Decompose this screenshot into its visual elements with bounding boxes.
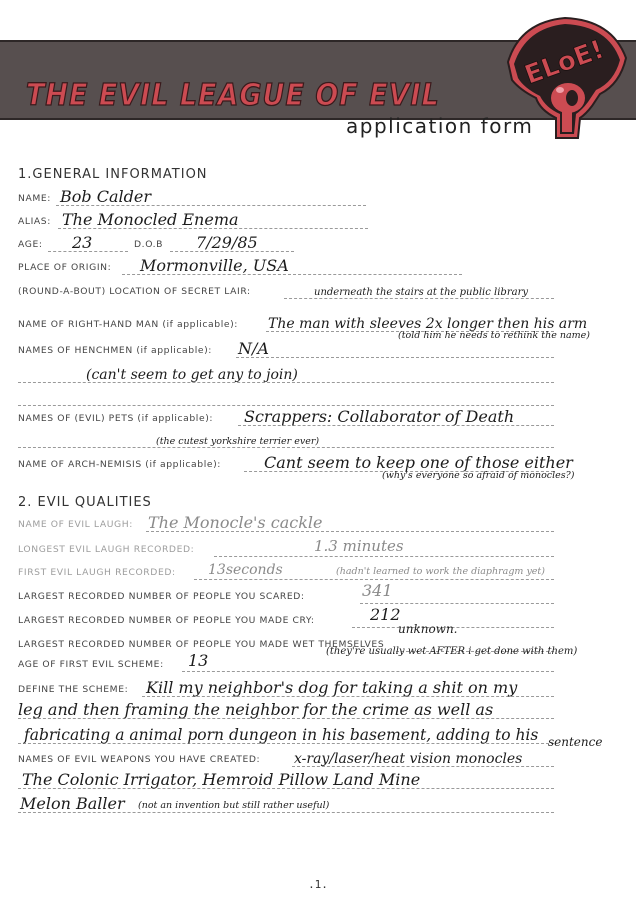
scheme-line-2-text: leg and then framing the neighbor for th… bbox=[18, 700, 493, 719]
pets-line-2[interactable]: (the cutest yorkshire terrier ever) bbox=[18, 428, 558, 448]
first-laugh-field[interactable]: FIRST EVIL LAUGH RECORDED: 13seconds (ha… bbox=[18, 560, 558, 580]
weapons-field[interactable]: NAMES OF EVIL WEAPONS YOU HAVE CREATED: … bbox=[18, 747, 558, 767]
alias-label: ALIAS: bbox=[18, 216, 51, 227]
scared-value: 341 bbox=[362, 581, 393, 600]
longest-laugh-line bbox=[214, 556, 554, 557]
weapons-line-2[interactable]: The Colonic Irrigator, Hemroid Pillow La… bbox=[18, 769, 558, 789]
age-first-scheme-line bbox=[182, 671, 554, 672]
name-value: Bob Calder bbox=[60, 187, 151, 206]
scheme-line-2[interactable]: leg and then framing the neighbor for th… bbox=[18, 699, 558, 719]
henchmen-line bbox=[236, 357, 554, 358]
alias-field[interactable]: ALIAS: The Monocled Enema bbox=[18, 209, 368, 229]
weapons-line-3[interactable]: Melon Baller (not an invention but still… bbox=[18, 793, 558, 813]
skull-badge-icon: ELoE! bbox=[500, 14, 630, 142]
pets-label: NAMES OF (EVIL) PETS (if applicable): bbox=[18, 413, 213, 424]
weapons-note: (not an invention but still rather usefu… bbox=[138, 800, 329, 811]
scared-field[interactable]: LARGEST RECORDED NUMBER OF PEOPLE YOU SC… bbox=[18, 584, 558, 604]
right-hand-man-field[interactable]: NAME OF RIGHT-HAND MAN (if applicable): … bbox=[18, 312, 558, 332]
weapons-line-1-text: x-ray/laser/heat vision monocles bbox=[294, 751, 522, 767]
lair-line bbox=[284, 298, 554, 299]
evil-laugh-field[interactable]: NAME OF EVIL LAUGH: The Monocle's cackle bbox=[18, 512, 558, 532]
henchmen-line-3[interactable] bbox=[18, 386, 558, 406]
scheme-line-3-text: fabricating a animal porn dungeon in his… bbox=[24, 726, 538, 744]
scheme-line-1-text: Kill my neighbor's dog for taking a shit… bbox=[146, 678, 517, 697]
cry-value: 212 bbox=[370, 605, 401, 624]
origin-label: PLACE OF ORIGIN: bbox=[18, 262, 111, 273]
alias-value: The Monocled Enema bbox=[62, 210, 239, 229]
scared-label: LARGEST RECORDED NUMBER OF PEOPLE YOU SC… bbox=[18, 591, 305, 602]
longest-laugh-label: LONGEST EVIL LAUGH RECORDED: bbox=[18, 544, 194, 555]
first-laugh-label: FIRST EVIL LAUGH RECORDED: bbox=[18, 567, 176, 578]
age-dob-field[interactable]: AGE: 23 D.O.B 7/29/85 bbox=[18, 232, 298, 252]
lair-label: (ROUND-A-BOUT) LOCATION OF SECRET LAIR: bbox=[18, 286, 251, 297]
origin-value: Mormonville, USA bbox=[140, 256, 289, 275]
name-label: NAME: bbox=[18, 193, 51, 204]
evil-laugh-value: The Monocle's cackle bbox=[148, 513, 322, 532]
dob-label: D.O.B bbox=[134, 239, 163, 250]
henchmen-line-2[interactable]: (can't seem to get any to join) bbox=[18, 363, 558, 383]
scheme-field[interactable]: DEFINE THE SCHEME: Kill my neighbor's do… bbox=[18, 677, 558, 697]
name-field[interactable]: NAME: Bob Calder bbox=[18, 186, 368, 206]
pets-field[interactable]: NAMES OF (EVIL) PETS (if applicable): Sc… bbox=[18, 406, 558, 426]
arch-nemesis-label: NAME OF ARCH-NEMISIS (if applicable): bbox=[18, 459, 221, 470]
age-first-scheme-field[interactable]: AGE OF FIRST EVIL SCHEME: 13 bbox=[18, 652, 558, 672]
dob-value: 7/29/85 bbox=[196, 233, 258, 252]
henchmen-value: N/A bbox=[238, 339, 269, 358]
first-laugh-line bbox=[194, 579, 554, 580]
age-label: AGE: bbox=[18, 239, 43, 250]
league-title: THE EVIL LEAGUE OF EVIL bbox=[26, 78, 440, 113]
evil-laugh-label: NAME OF EVIL LAUGH: bbox=[18, 519, 133, 530]
henchmen-label: NAMES OF HENCHMEN (if applicable): bbox=[18, 345, 212, 356]
longest-laugh-value: 1.3 minutes bbox=[314, 537, 404, 555]
henchmen-field[interactable]: NAMES OF HENCHMEN (if applicable): N/A bbox=[18, 338, 558, 358]
section-general-heading: 1.GENERAL INFORMATION bbox=[18, 167, 208, 182]
right-hand-man-label: NAME OF RIGHT-HAND MAN (if applicable): bbox=[18, 319, 238, 330]
age-value: 23 bbox=[72, 233, 92, 252]
arch-nemesis-field[interactable]: NAME OF ARCH-NEMISIS (if applicable): Ca… bbox=[18, 452, 618, 472]
weapons-line-3-text: Melon Baller bbox=[20, 794, 125, 813]
henchmen-note: (can't seem to get any to join) bbox=[86, 367, 298, 383]
cry-label: LARGEST RECORDED NUMBER OF PEOPLE YOU MA… bbox=[18, 615, 315, 626]
scheme-line-3[interactable]: fabricating a animal porn dungeon in his… bbox=[18, 724, 558, 744]
lair-field[interactable]: (ROUND-A-BOUT) LOCATION OF SECRET LAIR: … bbox=[18, 279, 558, 299]
weapons-label: NAMES OF EVIL WEAPONS YOU HAVE CREATED: bbox=[18, 754, 260, 765]
first-laugh-note: (hadn't learned to work the diaphragm ye… bbox=[336, 566, 545, 577]
age-first-scheme-label: AGE OF FIRST EVIL SCHEME: bbox=[18, 659, 164, 670]
cry-field[interactable]: LARGEST RECORDED NUMBER OF PEOPLE YOU MA… bbox=[18, 608, 558, 628]
pets-note: (the cutest yorkshire terrier ever) bbox=[156, 436, 319, 447]
lair-value: underneath the stairs at the public libr… bbox=[314, 287, 528, 298]
weapons-line-2-text: The Colonic Irrigator, Hemroid Pillow La… bbox=[22, 770, 420, 789]
pets-value: Scrappers: Collaborator of Death bbox=[244, 407, 514, 426]
page-number: .1. bbox=[0, 878, 636, 891]
arch-nemesis-note: (why's everyone so afraid of monocles?) bbox=[382, 470, 574, 481]
longest-laugh-field[interactable]: LONGEST EVIL LAUGH RECORDED: 1.3 minutes bbox=[18, 537, 558, 557]
pets-line-2-rule bbox=[18, 447, 554, 448]
first-laugh-value: 13seconds bbox=[208, 562, 283, 578]
scared-line bbox=[360, 603, 554, 604]
origin-field[interactable]: PLACE OF ORIGIN: Mormonville, USA bbox=[18, 255, 468, 275]
age-first-scheme-value: 13 bbox=[188, 651, 208, 670]
scheme-label: DEFINE THE SCHEME: bbox=[18, 684, 128, 695]
section-qualities-heading: 2. EVIL QUALITIES bbox=[18, 495, 152, 510]
